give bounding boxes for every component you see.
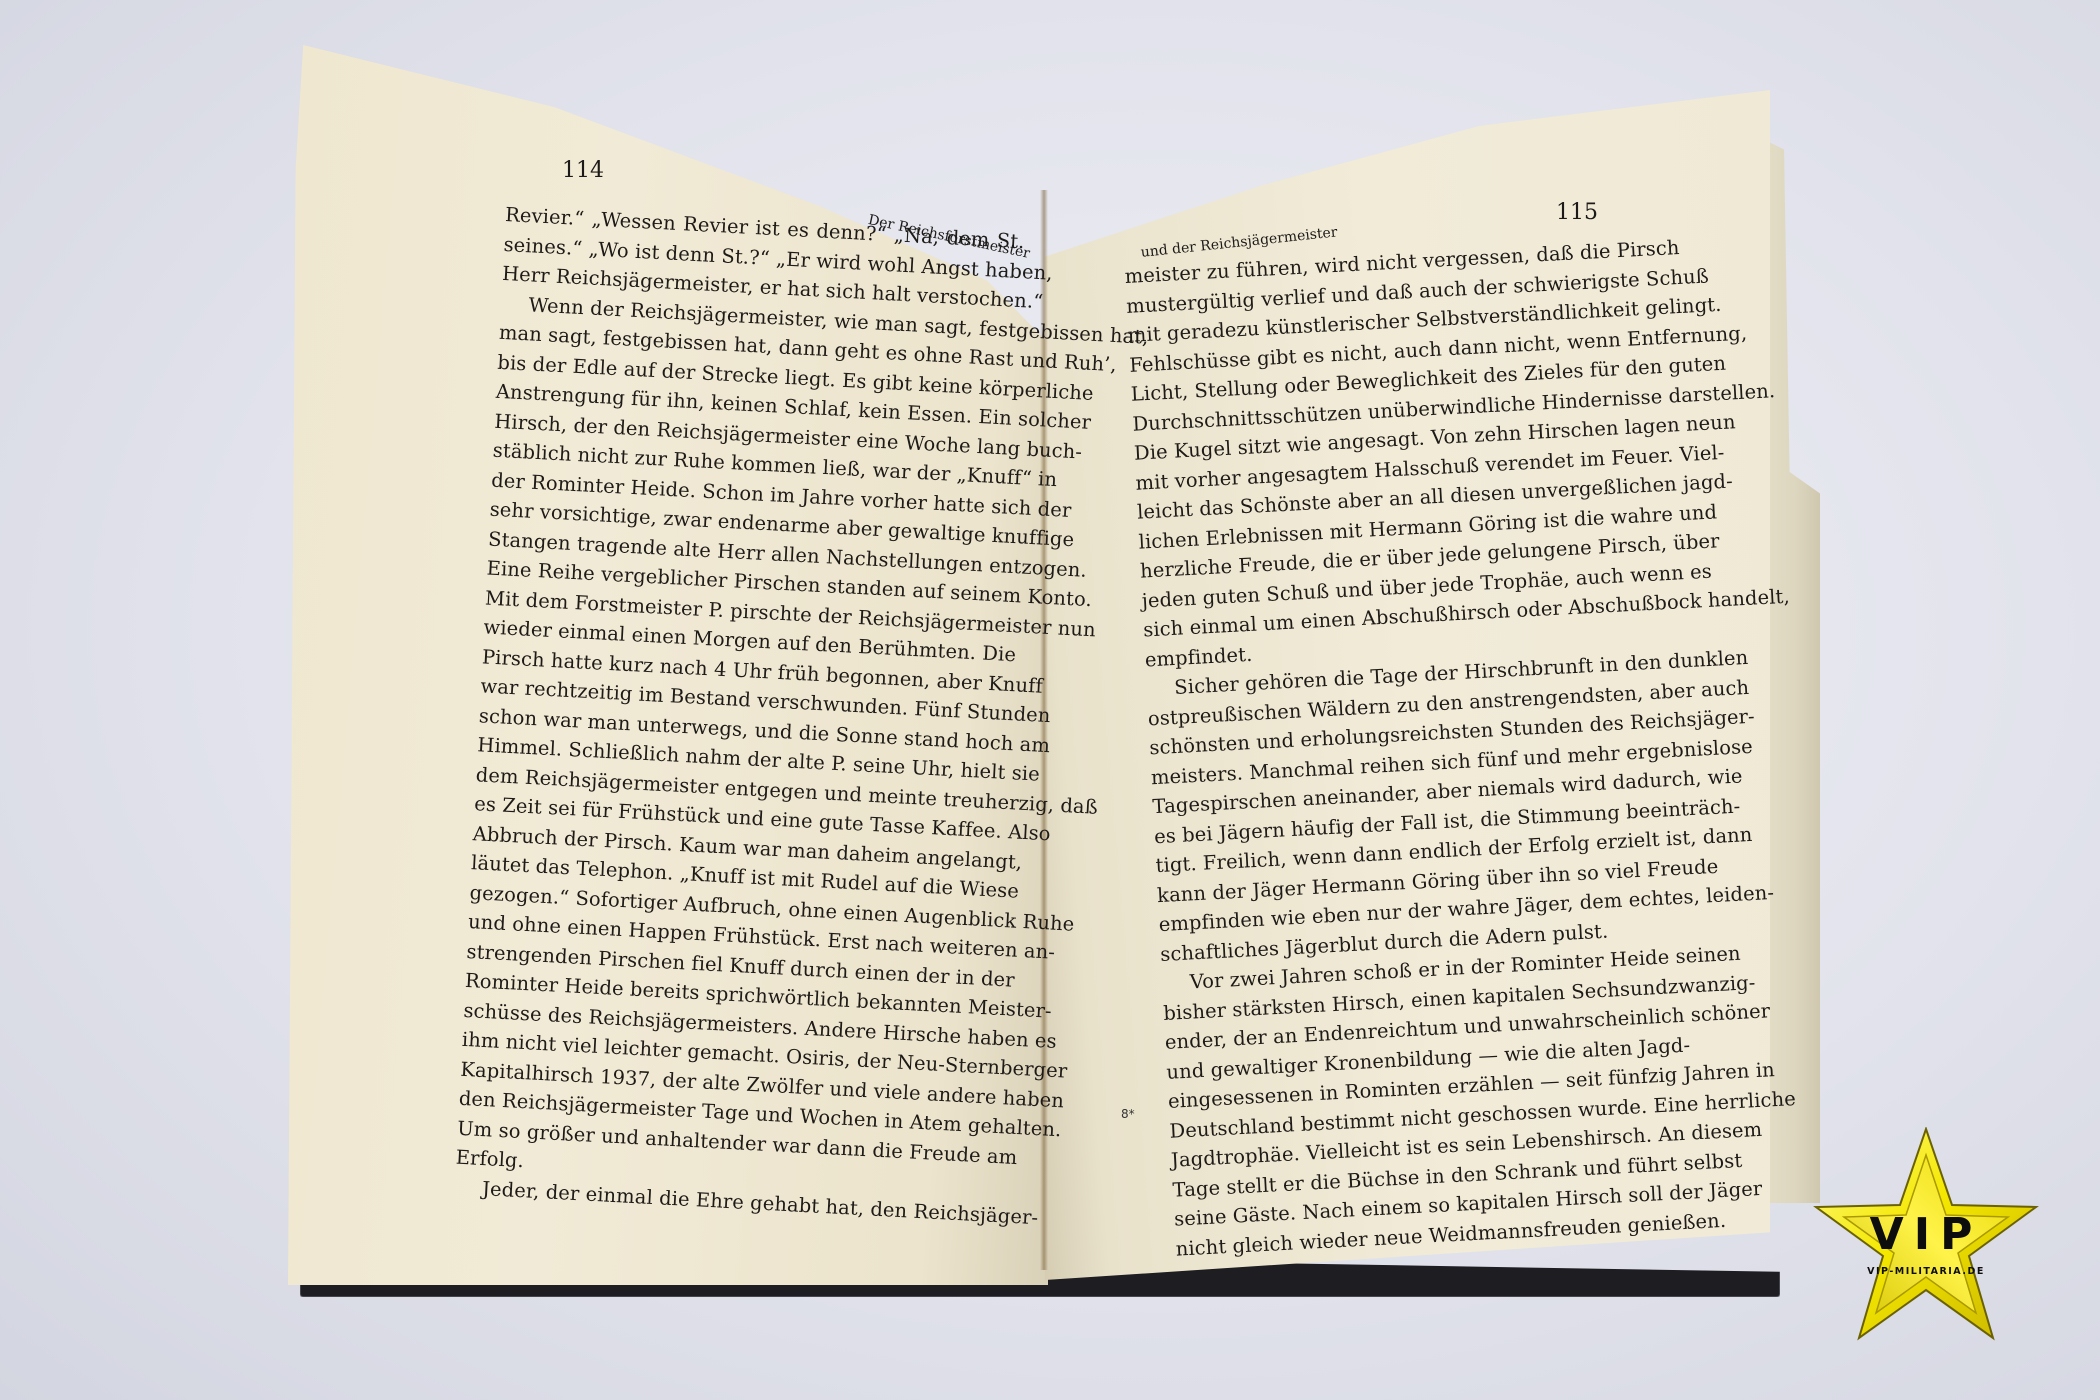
signature-mark: 8*	[1121, 1107, 1135, 1121]
left-page-body: Revier.“ „Wessen Revier ist es denn?“ „N…	[454, 200, 1026, 1229]
vip-label: VIP	[1812, 1209, 2040, 1260]
vip-url: VIP-MILITARIA.DE	[1812, 1266, 2040, 1277]
left-page-number: 114	[562, 158, 604, 183]
open-book-photo: 114 Der Reichsforstmeister Revier.“ „Wes…	[0, 0, 2100, 1400]
right-page-number: 115	[1556, 200, 1598, 225]
vip-watermark-badge: VIP VIP-MILITARIA.DE	[1812, 1127, 2040, 1342]
right-page-body: meister zu führen, wird nicht vergessen,…	[1124, 235, 1686, 1263]
